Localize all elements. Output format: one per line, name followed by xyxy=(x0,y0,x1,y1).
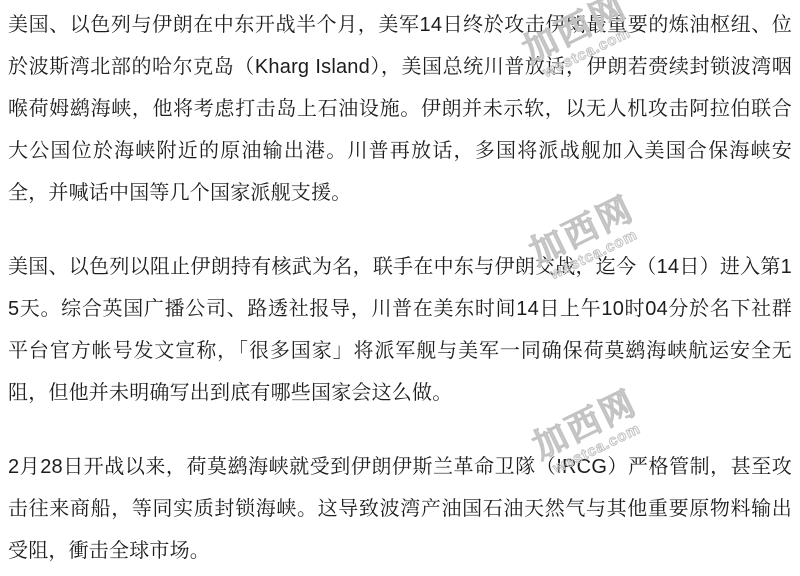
article-paragraph-3: 2月28日开战以来，荷莫鹚海峡就受到伊朗伊斯兰革命卫隊（IRCG）严格管制，甚至… xyxy=(8,446,792,572)
article-paragraph-2: 美国、以色列以阻止伊朗持有核武为名，联手在中东与伊朗交战，迄今（14日）进入第1… xyxy=(8,246,792,414)
article-page: 美国、以色列与伊朗在中东开战半个月，美军14日终於攻击伊朗最重要的炼油枢纽、位於… xyxy=(0,0,800,576)
article-paragraph-1: 美国、以色列与伊朗在中东开战半个月，美军14日终於攻击伊朗最重要的炼油枢纽、位於… xyxy=(8,4,792,214)
